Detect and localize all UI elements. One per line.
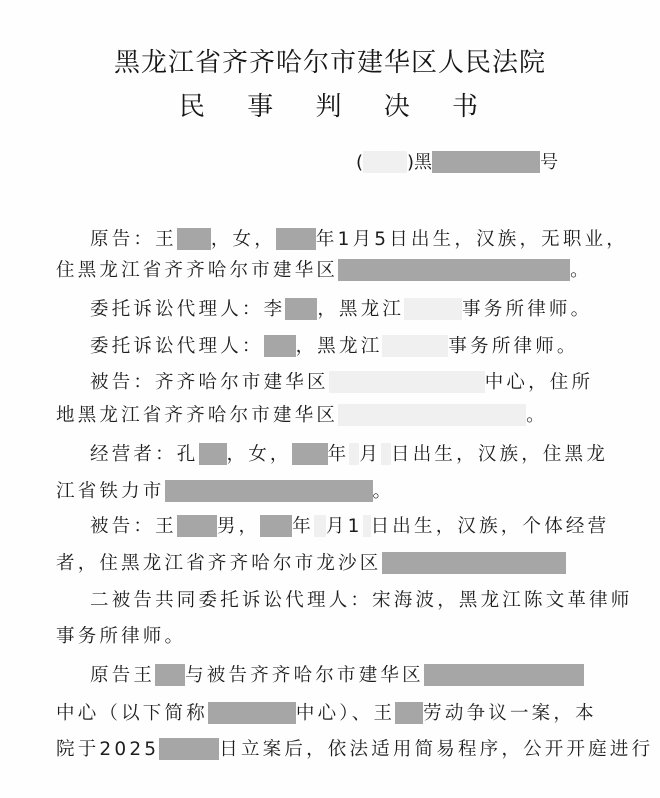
text-segment: 中心）、王 xyxy=(296,703,395,724)
redacted-birth-day xyxy=(381,443,391,465)
text-segment: 经营者：孔 xyxy=(90,444,199,465)
redacted-name xyxy=(155,664,185,686)
redacted-law-firm xyxy=(404,298,462,320)
redacted-name xyxy=(395,702,423,724)
redacted-birth-month xyxy=(314,515,326,537)
redacted-address xyxy=(338,404,526,426)
redacted-case-year xyxy=(363,151,407,173)
text-segment: ，女， xyxy=(227,444,292,465)
text-segment: 事务所律师。 xyxy=(462,299,592,320)
case-summary-line-3: 院于2025日立案后，依法适用简易程序，公开开庭进行 xyxy=(56,737,653,763)
text-segment: 被告：王 xyxy=(90,516,177,537)
case-summary-line-1: 原告王与被告齐齐哈尔市建华区 xyxy=(90,663,584,689)
redacted-address xyxy=(382,552,566,574)
judgment-document-page: 黑龙江省齐齐哈尔市建华区人民法院 民 事 判 决 书 ()黑号 原告：王，女，年… xyxy=(0,0,660,798)
text-segment: 月1 xyxy=(326,516,363,537)
text-segment: 年 xyxy=(292,516,314,537)
text-segment: 中心（以下简称 xyxy=(56,703,208,724)
text-segment: 日立案后，依法适用简易程序，公开开庭进行 xyxy=(219,739,653,760)
plaintiff-line-2: 住黑龙江省齐齐哈尔市建华区。 xyxy=(56,258,592,284)
redacted-birth-year xyxy=(276,228,316,250)
text-segment: 事务所律师。 xyxy=(448,336,578,357)
text-segment: 事务所律师。 xyxy=(56,626,186,647)
court-name-heading: 黑龙江省齐齐哈尔市建华区人民法院 xyxy=(0,42,660,79)
redacted-address xyxy=(165,480,373,502)
operator-line-2: 江省铁力市。 xyxy=(56,479,394,505)
redacted-entity-short-name xyxy=(208,702,296,724)
operator-line-1: 经营者：孔，女，年月日出生，汉族，住黑龙 xyxy=(90,442,608,468)
redacted-name xyxy=(285,298,317,320)
defendant1-line-1: 被告：齐齐哈尔市建华区中心，住所 xyxy=(90,370,593,396)
redacted-filing-date xyxy=(159,738,219,760)
text-segment: 。 xyxy=(570,260,592,281)
text-segment: 者，住黑龙江省齐齐哈尔市龙沙区 xyxy=(56,553,382,574)
redacted-name xyxy=(177,228,211,250)
text-segment: 与被告齐齐哈尔市建华区 xyxy=(185,665,424,686)
text-segment: 日出生，汉族，住黑龙 xyxy=(391,444,608,465)
text-segment: ，黑龙江 xyxy=(317,299,404,320)
defendant2-line-2: 者，住黑龙江省齐齐哈尔市龙沙区 xyxy=(56,551,566,577)
redacted-case-code xyxy=(432,151,540,173)
text-segment: 月 xyxy=(359,444,381,465)
text-segment: ，女， xyxy=(211,229,276,250)
text-segment: 日出生，汉族，个体经营 xyxy=(371,516,610,537)
case-number-suffix: 号 xyxy=(540,152,558,173)
case-number-prefix: )黑 xyxy=(407,152,432,173)
joint-agent-line-1: 二被告共同委托诉讼代理人：宋海波，黑龙江陈文革律师 xyxy=(90,588,633,614)
redacted-entity-name xyxy=(329,371,485,393)
text-segment: 。 xyxy=(526,405,548,426)
text-segment: 年1月5日出生，汉族，无职业， xyxy=(316,229,628,250)
redacted-birth-month xyxy=(349,443,359,465)
agent-line-1: 委托诉讼代理人：李，黑龙江事务所律师。 xyxy=(90,297,592,323)
redacted-birth-day xyxy=(363,515,371,537)
text-segment: 江省铁力市 xyxy=(56,481,165,502)
redacted-name xyxy=(264,335,296,357)
redacted-entity-name xyxy=(424,664,584,686)
text-segment: 原告：王 xyxy=(90,229,177,250)
text-segment: 地黑龙江省齐齐哈尔市建华区 xyxy=(56,405,338,426)
agent-line-2: 委托诉讼代理人：，黑龙江事务所律师。 xyxy=(90,334,579,360)
redacted-birth-year xyxy=(292,443,328,465)
text-segment: 被告：齐齐哈尔市建华区 xyxy=(90,372,329,393)
redacted-birth-year xyxy=(260,515,292,537)
text-segment: 劳动争议一案，本 xyxy=(423,703,597,724)
text-segment: 。 xyxy=(373,481,395,502)
joint-agent-line-2: 事务所律师。 xyxy=(56,624,186,650)
redacted-name xyxy=(177,515,217,537)
text-segment: 委托诉讼代理人：李 xyxy=(90,299,285,320)
text-segment: 住黑龙江省齐齐哈尔市建华区 xyxy=(56,260,338,281)
redacted-address xyxy=(338,259,570,281)
defendant2-line-1: 被告：王男，年月1日出生，汉族，个体经营 xyxy=(90,514,609,540)
text-segment: 委托诉讼代理人： xyxy=(90,336,264,357)
plaintiff-line-1: 原告：王，女，年1月5日出生，汉族，无职业， xyxy=(90,227,628,253)
text-segment: ，黑龙江 xyxy=(296,336,383,357)
defendant1-line-2: 地黑龙江省齐齐哈尔市建华区。 xyxy=(56,403,548,429)
text-segment: 院于2025 xyxy=(56,739,159,760)
redacted-law-firm xyxy=(382,335,448,357)
case-summary-line-2: 中心（以下简称中心）、王劳动争议一案，本 xyxy=(56,701,597,727)
text-segment: 男， xyxy=(217,516,260,537)
case-number-open-paren: ( xyxy=(356,152,363,173)
text-segment: 中心，住所 xyxy=(485,372,594,393)
text-segment: 原告王 xyxy=(90,665,155,686)
redacted-name xyxy=(199,443,227,465)
text-segment: 年 xyxy=(328,444,350,465)
case-number: ()黑号 xyxy=(356,150,558,176)
text-segment: 二被告共同委托诉讼代理人：宋海波，黑龙江陈文革律师 xyxy=(90,590,633,611)
document-type-heading: 民 事 判 决 书 xyxy=(0,86,660,123)
